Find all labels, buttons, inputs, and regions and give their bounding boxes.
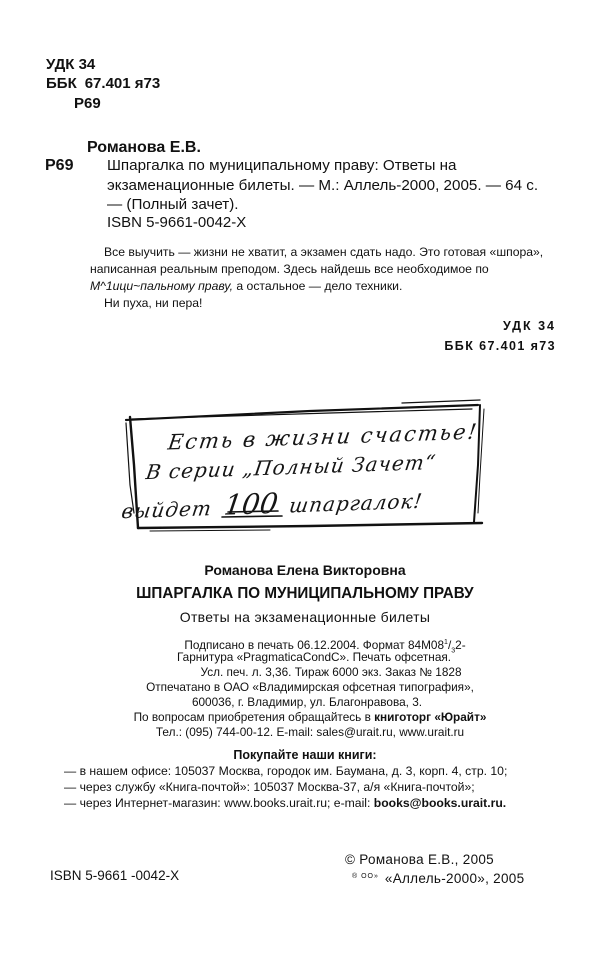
bbk-code-right: ББК 67.401 я73 xyxy=(444,338,556,354)
annotation-italic: М^1ици~пальному праву, xyxy=(90,279,233,293)
copyright-author: © Романова Е.В., 2005 xyxy=(345,851,494,868)
author-full-name: Романова Елена Викторовна xyxy=(0,561,600,579)
cutter-code-top: Р69 xyxy=(74,95,101,113)
footer-isbn: ISBN 5-9661 -0042-X xyxy=(50,867,179,884)
record-author: Романова Е.В. xyxy=(87,138,201,157)
bbk-label: ББК xyxy=(46,75,77,92)
imprint-printer-address: 600036, г. Владимир, ул. Благонравова, 3… xyxy=(0,695,600,710)
record-isbn: ISBN 5-9661-0042-X xyxy=(107,214,246,232)
copyright-publisher: ® ОО»«Аллель-2000», 2005 xyxy=(352,868,524,887)
inquiries-company: книготорг «Юрайт» xyxy=(374,710,486,724)
bbk-code-top: ББК67.401 я73 xyxy=(46,75,160,93)
imprint-typeface: Гарнитура «PragmaticaCondC». Печать офсе… xyxy=(0,650,600,665)
record-description: Шпаргалка по муниципальному праву: Ответ… xyxy=(107,156,547,215)
purchase-mail: — через службу «Книга-почтой»: 105037 Мо… xyxy=(64,779,475,795)
purchase-internet-email: books@books.urait.ru. xyxy=(374,796,506,810)
imprint-print-data: Усл. печ. л. 3,36. Тираж 6000 экз. Заказ… xyxy=(0,665,600,680)
annotation-part1: Все выучить — жизни не хватит, а экзамен… xyxy=(90,245,543,276)
publisher-text: «Аллель-2000», 2005 xyxy=(385,871,525,886)
imprint-contacts: Тел.: (095) 744-00-12. E-mail: sales@ura… xyxy=(0,725,600,740)
inquiries-text: По вопросам приобретения обращайтесь в xyxy=(134,710,375,724)
publisher-mark: ® ОО» xyxy=(352,873,379,880)
udk-code-right: УДК 34 xyxy=(503,318,556,334)
handwritten-note-box: Есть в жизни счастье! В серии „Полный За… xyxy=(110,395,500,545)
annotation-closing: Ни пуха, ни пера! xyxy=(104,295,202,312)
handwritten-line-3-after: шпаргалок! xyxy=(288,489,425,518)
imprint-inquiries: По вопросам приобретения обращайтесь в к… xyxy=(0,710,600,725)
annotation-part2: а остальное — дело техники. xyxy=(233,279,402,293)
handwritten-number: 100 xyxy=(222,487,280,522)
bbk-value: 67.401 я73 xyxy=(85,75,160,92)
record-cutter: Р69 xyxy=(45,156,73,175)
handwritten-line-3-before: выйдет xyxy=(120,496,214,523)
imprint-printed-at: Отпечатано в ОАО «Владимирская офсетная … xyxy=(0,680,600,695)
purchase-office: — в нашем офисе: 105037 Москва, городок … xyxy=(64,763,507,779)
book-title: ШПАРГАЛКА ПО МУНИЦИПАЛЬНОМУ ПРАВУ xyxy=(6,584,594,604)
udk-code-top: УДК 34 xyxy=(46,56,95,74)
annotation-text: Все выучить — жизни не хватит, а экзамен… xyxy=(90,244,550,295)
purchase-internet: — через Интернет-магазин: www.books.urai… xyxy=(64,795,506,811)
book-subtitle: Ответы на экзаменационные билеты xyxy=(0,608,600,626)
purchase-heading: Покупайте наши книги: xyxy=(0,747,600,763)
purchase-internet-text: — через Интернет-магазин: www.books.urai… xyxy=(64,796,374,810)
